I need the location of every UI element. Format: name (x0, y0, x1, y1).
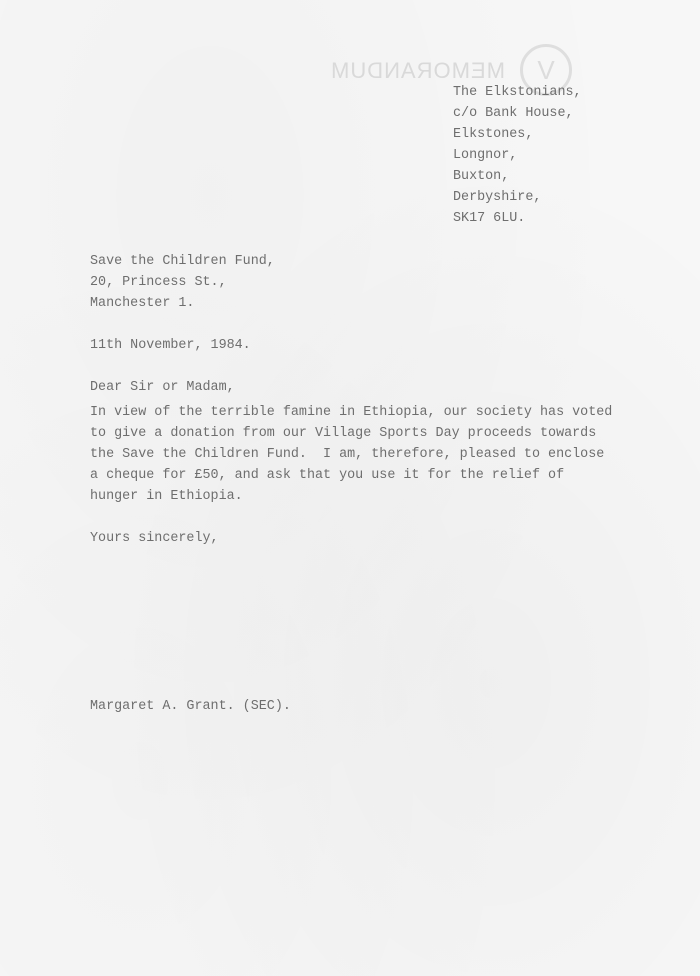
sender-postcode: SK17 6LU. (453, 212, 525, 225)
sender-line: The Elkstonians, (453, 86, 582, 99)
signature: Margaret A. Grant. (SEC). (90, 700, 291, 713)
sender-line: Longnor, (453, 149, 517, 162)
recipient-line: Save the Children Fund, (90, 255, 275, 268)
body-line: to give a donation from our Village Spor… (90, 427, 596, 440)
sender-line: Derbyshire, (453, 191, 541, 204)
letter-page (0, 0, 700, 976)
recipient-line: 20, Princess St., (90, 276, 227, 289)
letter-date: 11th November, 1984. (90, 339, 251, 352)
closing: Yours sincerely, (90, 532, 219, 545)
recipient-line: Manchester 1. (90, 297, 194, 310)
sender-line: Buxton, (453, 170, 509, 183)
salutation: Dear Sir or Madam, (90, 381, 235, 394)
sender-line: Elkstones, (453, 128, 533, 141)
sender-line: c/o Bank House, (453, 107, 574, 120)
memorandum-watermark: MEMORANDUM (330, 58, 505, 84)
body-line: the Save the Children Fund. I am, theref… (90, 448, 604, 461)
body-line: In view of the terrible famine in Ethiop… (90, 406, 612, 419)
body-line: a cheque for £50, and ask that you use i… (90, 469, 564, 482)
body-line: hunger in Ethiopia. (90, 490, 243, 503)
